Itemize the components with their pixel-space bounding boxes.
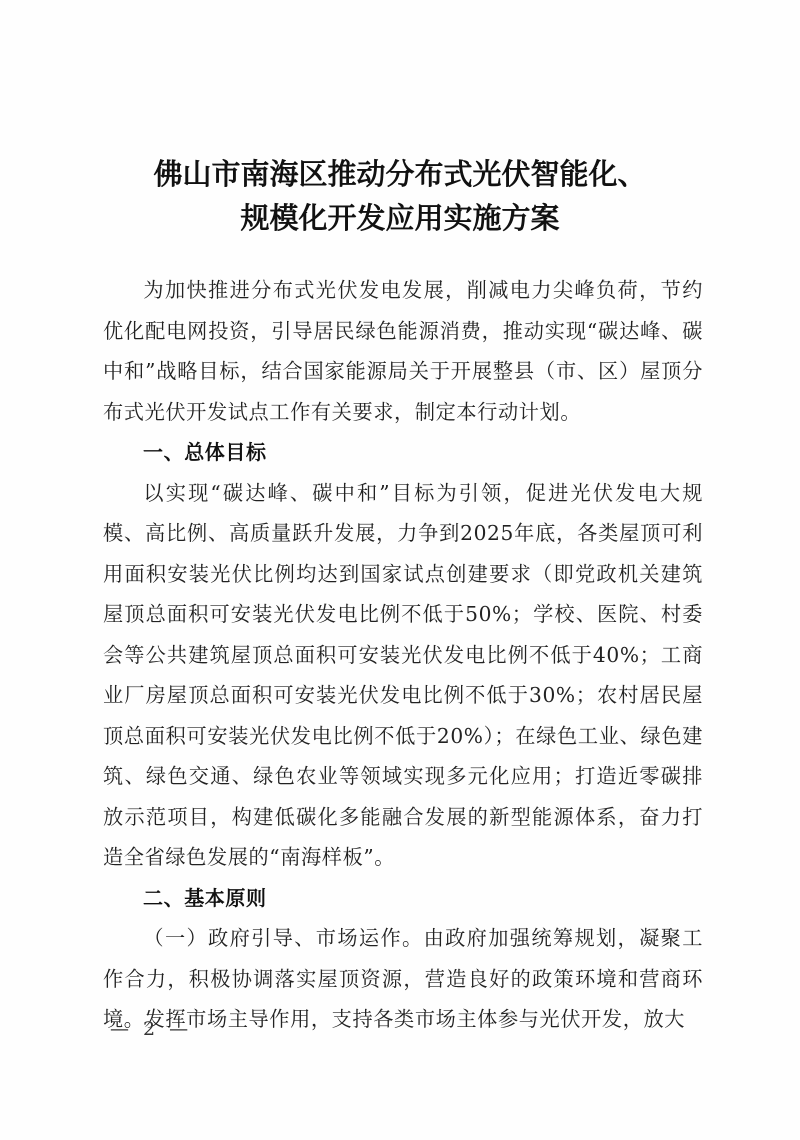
- document-page: 佛山市南海区推动分布式光伏智能化、 规模化开发应用实施方案 为加快推进分布式光伏…: [0, 0, 800, 1140]
- section-paragraph: （一）政府引导、市场运作。由政府加强统筹规划，凝聚工作合力，积极协调落实屋顶资源…: [103, 918, 703, 1040]
- section-paragraph: 以实现“碳达峰、碳中和”目标为引领，促进光伏发电大规模、高比例、高质量跃升发展，…: [103, 473, 703, 878]
- document-title: 佛山市南海区推动分布式光伏智能化、 规模化开发应用实施方案: [0, 152, 800, 240]
- section-heading-overall-goal: 一、总体目标: [103, 432, 703, 473]
- section-heading-basic-principles: 二、基本原则: [103, 878, 703, 919]
- page-number: — 2 —: [110, 1018, 192, 1040]
- title-line-2: 规模化开发应用实施方案: [0, 196, 800, 240]
- document-body: 为加快推进分布式光伏发电发展，削减电力尖峰负荷，节约优化配电网投资，引导居民绿色…: [103, 270, 703, 1040]
- title-line-1: 佛山市南海区推动分布式光伏智能化、: [0, 152, 800, 196]
- intro-paragraph: 为加快推进分布式光伏发电发展，削减电力尖峰负荷，节约优化配电网投资，引导居民绿色…: [103, 270, 703, 432]
